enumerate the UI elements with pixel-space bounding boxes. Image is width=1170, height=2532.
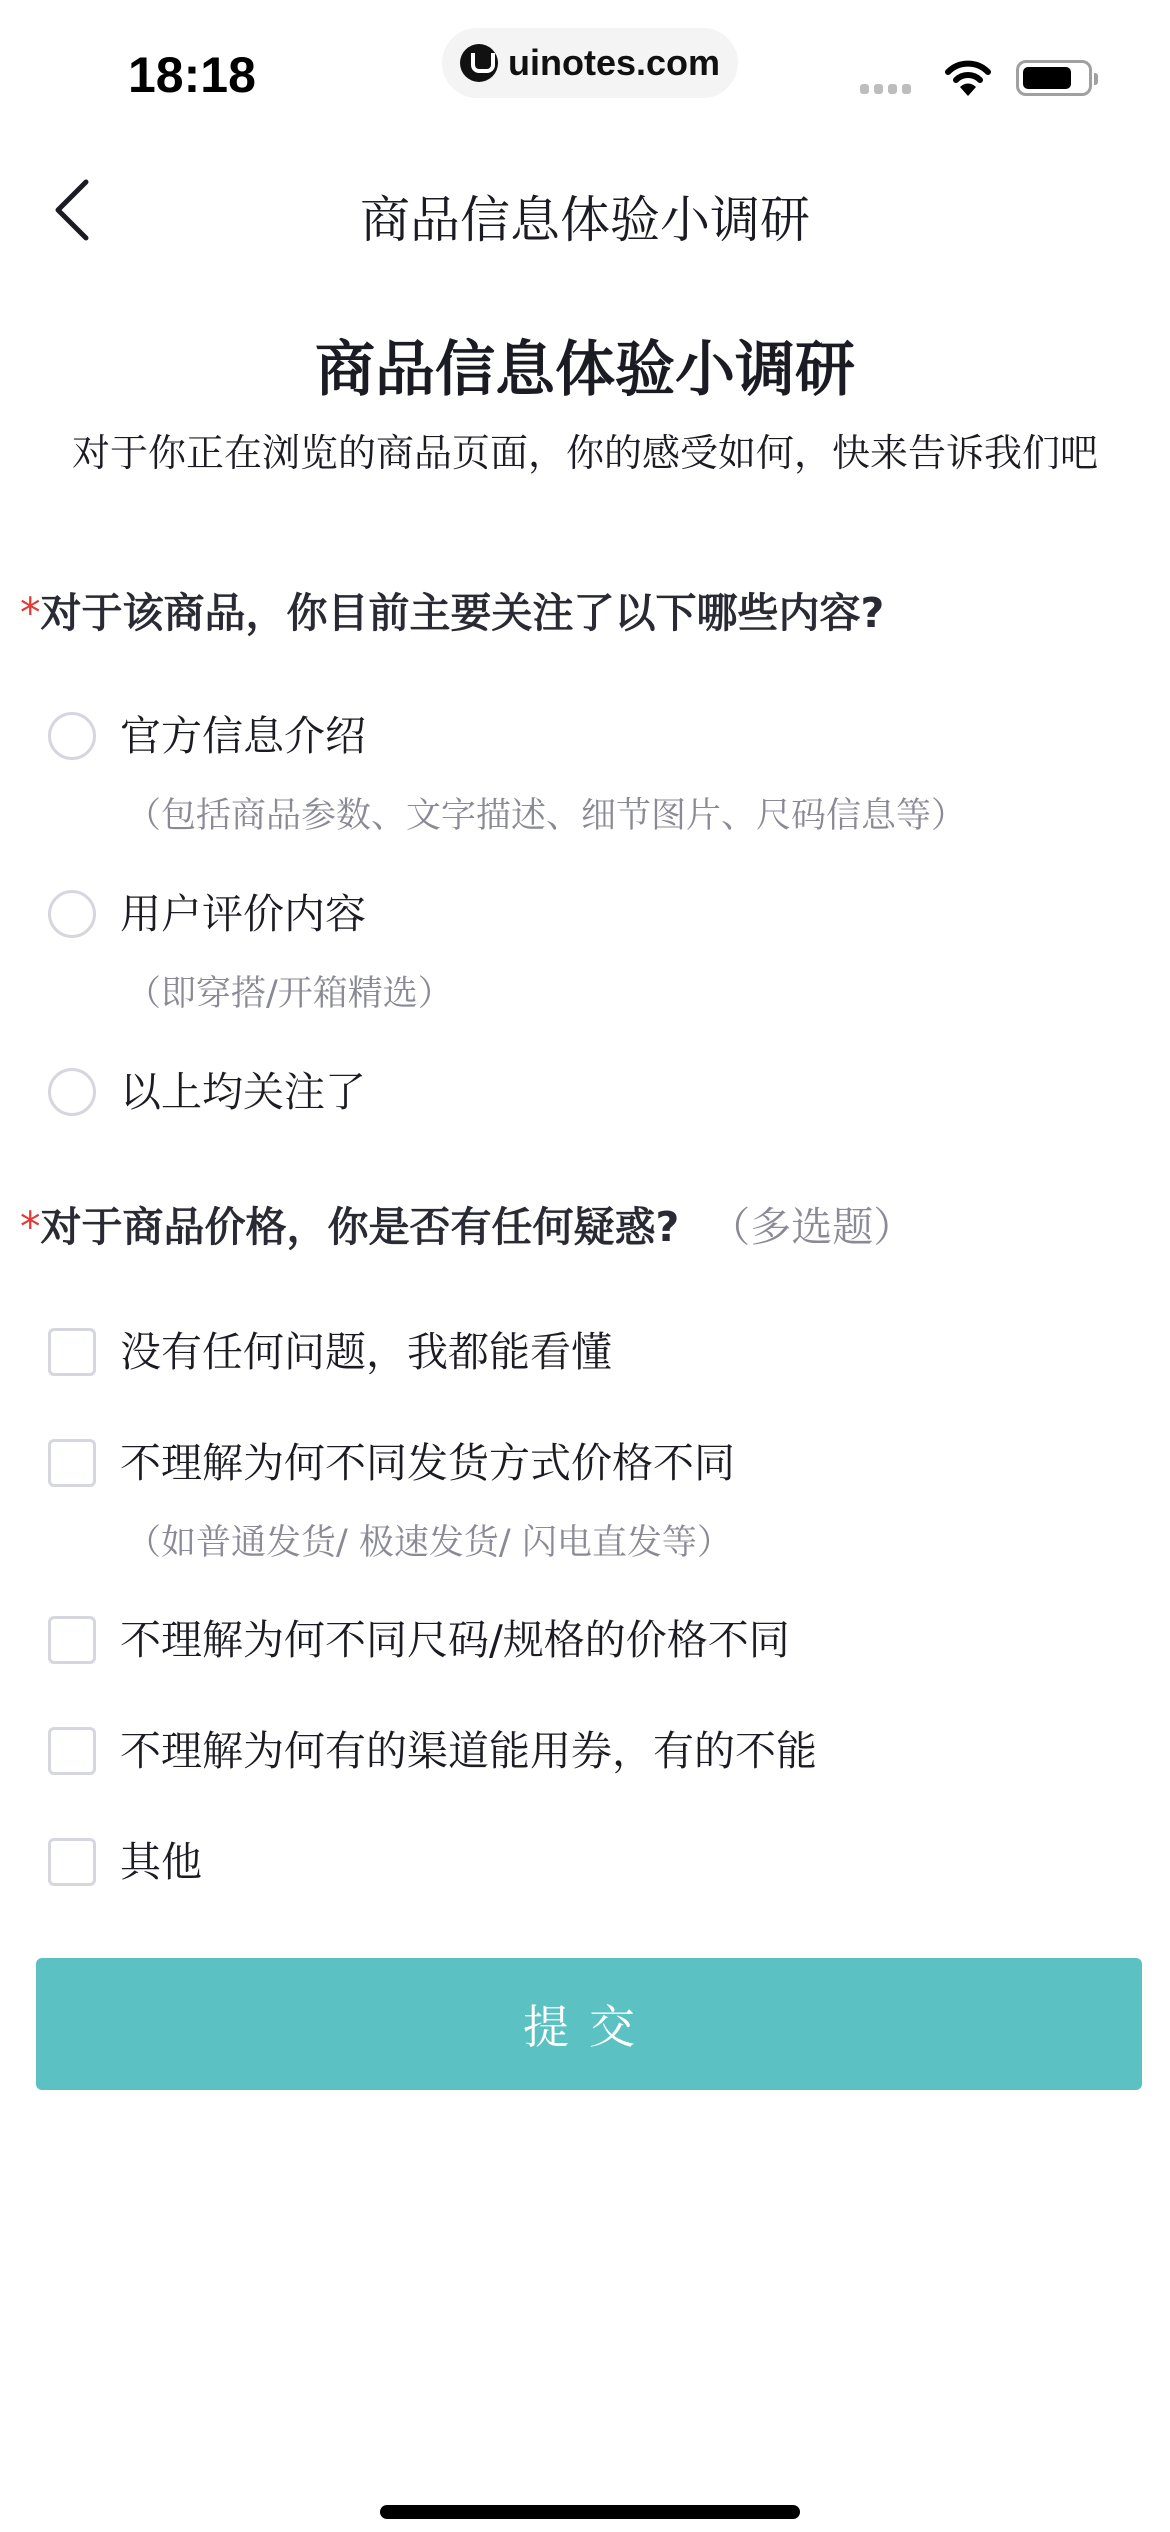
required-mark: * bbox=[20, 1203, 41, 1251]
checkbox[interactable] bbox=[48, 1838, 96, 1886]
option-label: 其他 bbox=[120, 1836, 202, 1888]
option-label: 官方信息介绍 bbox=[120, 710, 966, 762]
checkbox-option-no-issue[interactable]: 没有任何问题，我都能看懂 bbox=[48, 1326, 612, 1378]
checkbox-option-other[interactable]: 其他 bbox=[48, 1836, 202, 1888]
checkbox[interactable] bbox=[48, 1439, 96, 1487]
option-desc: （包括商品参数、文字描述、细节图片、尺码信息等） bbox=[126, 788, 966, 838]
option-desc: （即穿搭/开箱精选） bbox=[126, 966, 453, 1016]
url-text: uinotes.com bbox=[508, 42, 720, 84]
uinotes-logo-icon bbox=[460, 44, 498, 82]
checkbox-option-shipping-price[interactable]: 不理解为何不同发货方式价格不同 （如普通发货/ 极速发货/ 闪电直发等） bbox=[48, 1437, 735, 1565]
checkbox-option-coupon-channel[interactable]: 不理解为何有的渠道能用券，有的不能 bbox=[48, 1725, 817, 1777]
option-label: 不理解为何不同尺码/规格的价格不同 bbox=[120, 1614, 790, 1666]
radio-button[interactable] bbox=[48, 1068, 96, 1116]
submit-button[interactable]: 提交 bbox=[36, 1958, 1142, 2090]
nav-title: 商品信息体验小调研 bbox=[0, 180, 1170, 252]
nav-bar: 商品信息体验小调研 bbox=[0, 150, 1170, 270]
status-bar: 18:18 uinotes.com bbox=[0, 0, 1170, 130]
checkbox[interactable] bbox=[48, 1616, 96, 1664]
survey-subtitle: 对于你正在浏览的商品页面，你的感受如何，快来告诉我们吧 bbox=[0, 422, 1170, 477]
option-label: 不理解为何有的渠道能用券，有的不能 bbox=[120, 1725, 817, 1777]
multi-select-hint: （多选题） bbox=[709, 1203, 914, 1251]
radio-option-all[interactable]: 以上均关注了 bbox=[48, 1066, 366, 1118]
radio-button[interactable] bbox=[48, 712, 96, 760]
checkbox[interactable] bbox=[48, 1727, 96, 1775]
radio-option-official-info[interactable]: 官方信息介绍 （包括商品参数、文字描述、细节图片、尺码信息等） bbox=[48, 710, 966, 838]
wifi-icon bbox=[944, 58, 992, 98]
url-pill: uinotes.com bbox=[442, 28, 738, 98]
battery-icon bbox=[1016, 60, 1092, 96]
option-label: 不理解为何不同发货方式价格不同 bbox=[120, 1437, 735, 1489]
required-mark: * bbox=[20, 589, 41, 637]
home-indicator[interactable] bbox=[380, 2505, 800, 2519]
question-2-title: *对于商品价格，你是否有任何疑惑?（多选题） bbox=[20, 1194, 914, 1253]
radio-option-user-reviews[interactable]: 用户评价内容 （即穿搭/开箱精选） bbox=[48, 888, 453, 1016]
option-label: 没有任何问题，我都能看懂 bbox=[120, 1326, 612, 1378]
option-label: 以上均关注了 bbox=[120, 1066, 366, 1118]
survey-title: 商品信息体验小调研 bbox=[0, 322, 1170, 408]
question-1-title: *对于该商品，你目前主要关注了以下哪些内容? bbox=[20, 580, 884, 639]
signal-icon bbox=[860, 84, 911, 94]
option-label: 用户评价内容 bbox=[120, 888, 453, 940]
question-text: 对于该商品，你目前主要关注了以下哪些内容? bbox=[41, 589, 885, 637]
checkbox[interactable] bbox=[48, 1328, 96, 1376]
option-desc: （如普通发货/ 极速发货/ 闪电直发等） bbox=[126, 1515, 735, 1565]
question-text: 对于商品价格，你是否有任何疑惑? bbox=[41, 1203, 680, 1251]
checkbox-option-size-price[interactable]: 不理解为何不同尺码/规格的价格不同 bbox=[48, 1614, 790, 1666]
status-time: 18:18 bbox=[128, 46, 256, 104]
radio-button[interactable] bbox=[48, 890, 96, 938]
